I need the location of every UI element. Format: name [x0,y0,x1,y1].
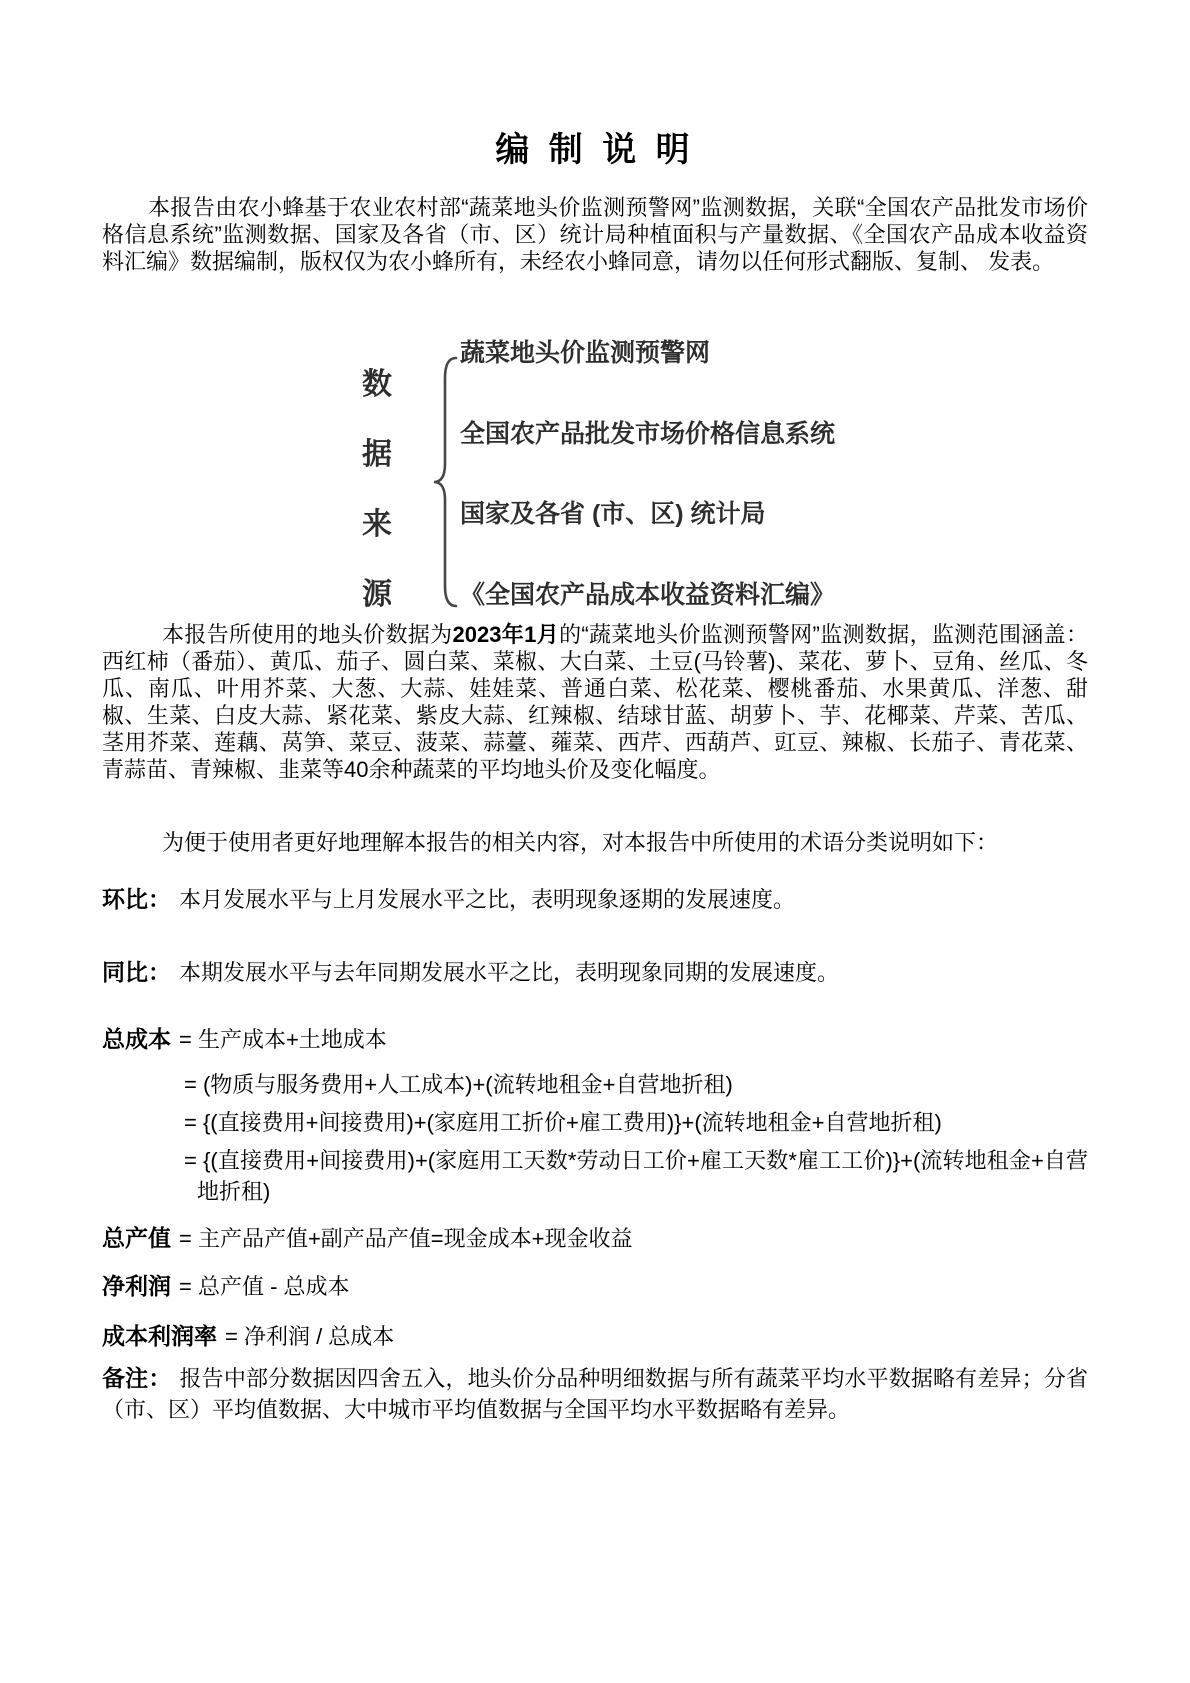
scope-paragraph: 本报告所使用的地头价数据为2023年1月的“蔬菜地头价监测预警网”监测数据，监测… [102,621,1088,783]
formula-line: = (物质与服务费用+人工成本)+(流转地租金+自营地折租) [184,1069,1088,1100]
term-text: = 总产值 - 总成本 [179,1274,350,1299]
term-text: = 生产成本+土地成本 [179,1027,387,1052]
term-note: 备注：报告中部分数据因四舍五入，地头价分品种明细数据与所有蔬菜平均水平数据略有差… [102,1363,1088,1425]
formula-line: 总成本= 生产成本+土地成本 [102,1024,1088,1055]
term-label: 总成本 [102,1026,171,1052]
term-total-output-value: 总产值= 主产品产值+副产品产值=现金成本+现金收益 [102,1223,1088,1254]
report-period: 2023年1月 [453,622,560,647]
diagram-placeholder-space [102,275,1088,621]
term-label: 环比： [102,886,171,912]
terms-intro-paragraph: 为便于使用者更好地理解本报告的相关内容，对本报告中所使用的术语分类说明如下： [102,829,1088,856]
document-page: 数 据 来 源 蔬菜地头价监测预警网 全国农产品批发市场价格信息系统 国家及各省… [0,0,1190,1683]
term-text: 本期发展水平与去年同期发展水平之比，表明现象同期的发展速度。 [179,960,839,985]
scope-text-pre: 本报告所使用的地头价数据为 [162,622,453,647]
formula-line: = {(直接费用+间接费用)+(家庭用工天数*劳动日工价+雇工天数*雇工工价)}… [184,1145,1088,1207]
page-title: 编 制 说 明 [102,130,1088,170]
term-total-cost: 总成本= 生产成本+土地成本 = (物质与服务费用+人工成本)+(流转地租金+自… [102,1024,1088,1207]
term-mom: 环比：本月发展水平与上月发展水平之比，表明现象逐期的发展速度。 [102,884,1088,915]
term-label: 同比： [102,959,171,985]
term-text: = 主产品产值+副产品产值=现金成本+现金收益 [179,1226,633,1251]
term-label: 净利润 [102,1273,171,1299]
term-text: 本月发展水平与上月发展水平之比，表明现象逐期的发展速度。 [179,887,795,912]
intro-paragraph: 本报告由农小蜂基于农业农村部“蔬菜地头价监测预警网”监测数据，关联“全国农产品批… [102,194,1088,275]
term-yoy: 同比：本期发展水平与去年同期发展水平之比，表明现象同期的发展速度。 [102,957,1088,988]
term-cost-profit-ratio: 成本利润率= 净利润 / 总成本 [102,1321,1088,1352]
formula-line: = {(直接费用+间接费用)+(家庭用工折价+雇工费用)}+(流转地租金+自营地… [184,1107,1088,1138]
document-content: 编 制 说 明 本报告由农小蜂基于农业农村部“蔬菜地头价监测预警网”监测数据，关… [102,0,1088,1425]
term-text: = 净利润 / 总成本 [225,1324,394,1349]
term-net-profit: 净利润= 总产值 - 总成本 [102,1271,1088,1302]
term-label: 总产值 [102,1225,171,1251]
term-text: 报告中部分数据因四舍五入，地头价分品种明细数据与所有蔬菜平均水平数据略有差异；分… [102,1366,1088,1422]
term-label: 备注： [102,1365,172,1391]
term-label: 成本利润率 [102,1323,217,1349]
